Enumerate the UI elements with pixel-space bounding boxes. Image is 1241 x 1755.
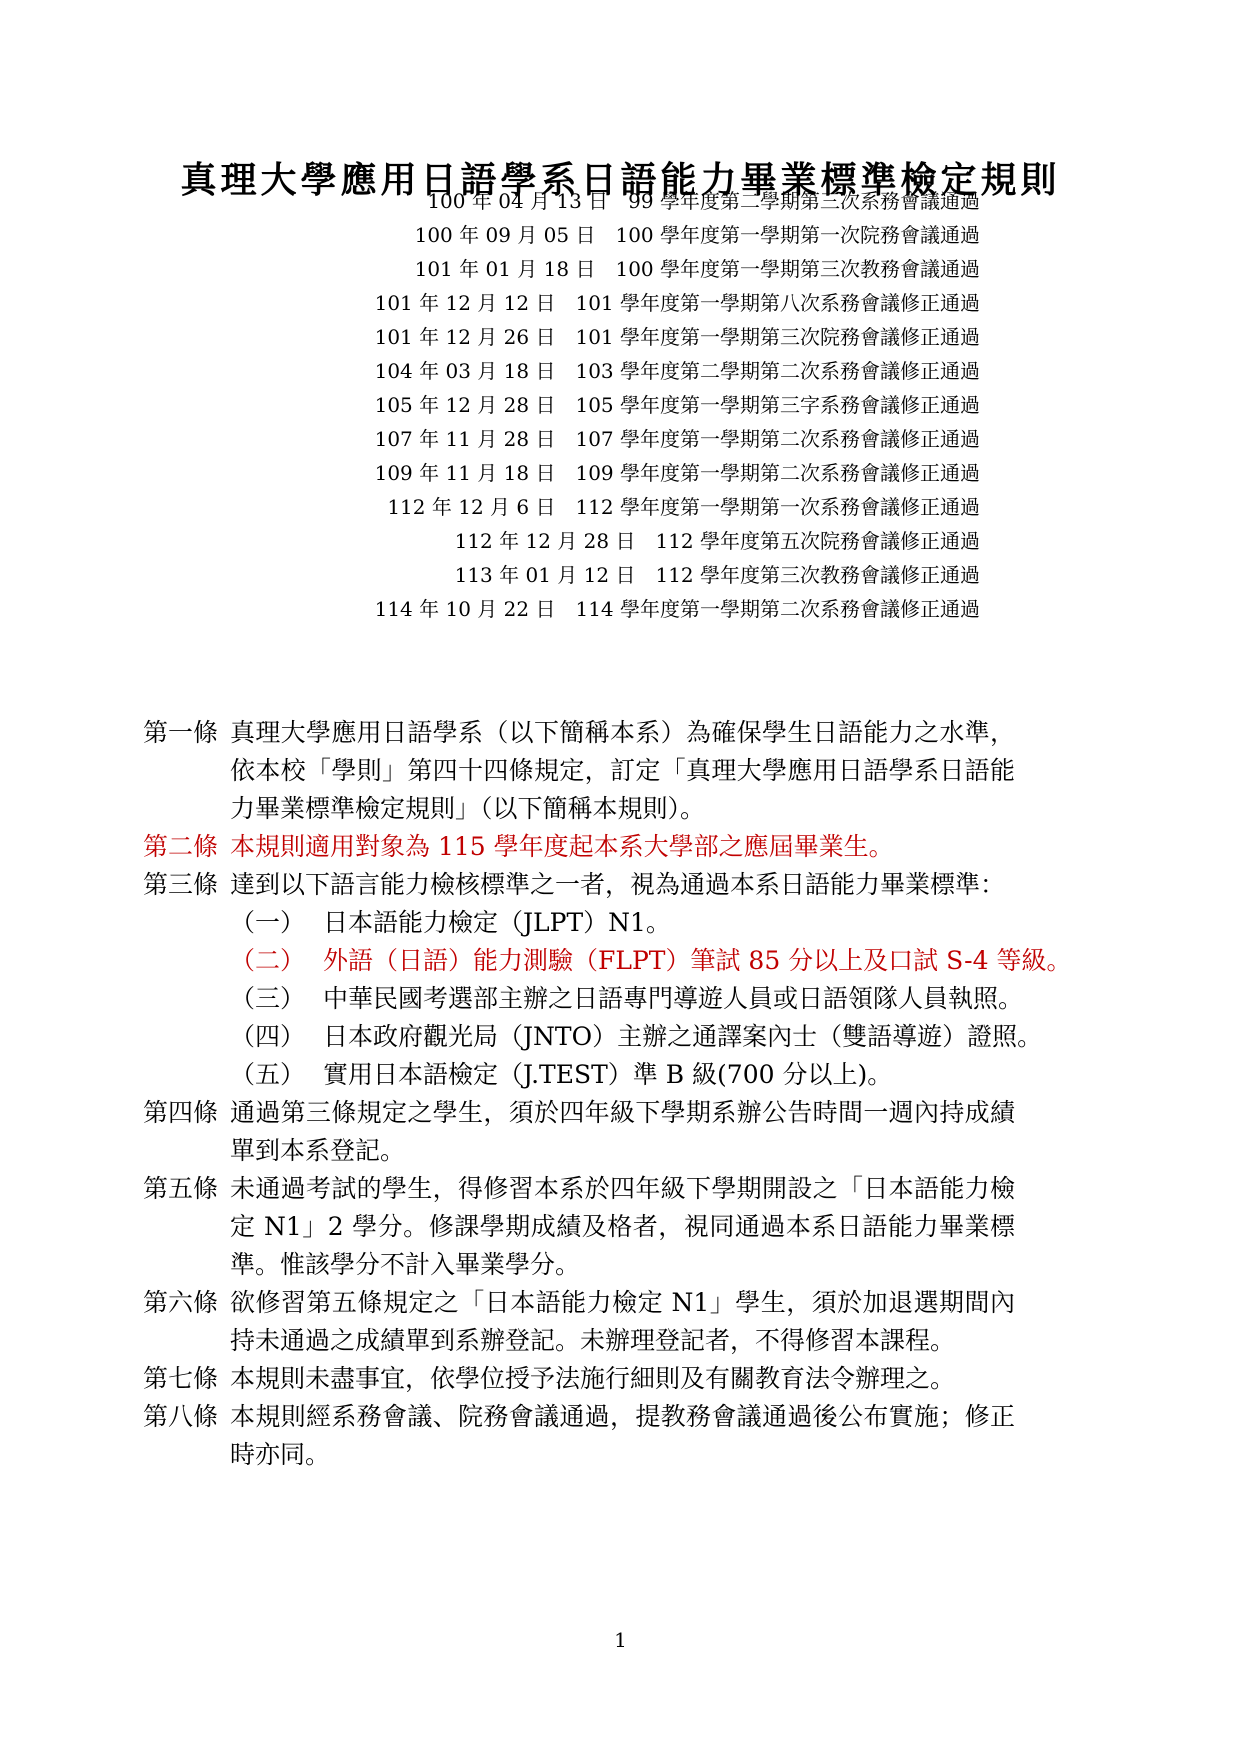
article-label: 第七條 — [143, 1360, 230, 1398]
revision-history: 100 年 04 月 13 日 99 學年度第二學期第三次系務會議通過 100 … — [375, 184, 980, 626]
revision-line: 112 年 12 月 6 日 112 學年度第一學期第一次系務會議修正通過 — [375, 490, 980, 524]
article-text: 欲修習第五條規定之「日本語能力檢定 N1」學生，須於加退選期間內持未通過之成績單… — [230, 1284, 1015, 1360]
sub-item-label: （五） — [230, 1056, 305, 1094]
revision-line: 101 年 01 月 18 日 100 學年度第一學期第三次教務會議通過 — [375, 252, 980, 286]
article-text: 本規則未盡事宜，依學位授予法施行細則及有關教育法令辦理之。 — [230, 1360, 1015, 1398]
revision-line: 101 年 12 月 26 日 101 學年度第一學期第三次院務會議修正通過 — [375, 320, 980, 354]
sub-item-label: （四） — [230, 1018, 305, 1056]
revision-line: 114 年 10 月 22 日 114 學年度第一學期第二次系務會議修正通過 — [375, 592, 980, 626]
sub-item-4: （四） 日本政府觀光局（JNTO）主辦之通譯案內士（雙語導遊）證照。 — [230, 1018, 1071, 1056]
sub-item-label: （三） — [230, 980, 305, 1018]
revision-line: 113 年 01 月 12 日 112 學年度第三次教務會議修正通過 — [375, 558, 980, 592]
article-label: 第二條 — [143, 828, 230, 866]
articles-body: 第一條 真理大學應用日語學系（以下簡稱本系）為確保學生日語能力之水準，依本校「學… — [143, 714, 1015, 1474]
article-7: 第七條 本規則未盡事宜，依學位授予法施行細則及有關教育法令辦理之。 — [143, 1360, 1015, 1398]
sub-item-2: （二） 外語（日語）能力測驗（FLPT）筆試 85 分以上及口試 S-4 等級。 — [230, 942, 1071, 980]
article-label: 第三條 — [143, 866, 230, 904]
revision-line: 100 年 04 月 13 日 99 學年度第二學期第三次系務會議通過 — [375, 184, 980, 218]
revision-line: 104 年 03 月 18 日 103 學年度第二學期第二次系務會議修正通過 — [375, 354, 980, 388]
article-label: 第四條 — [143, 1094, 230, 1132]
article-label: 第八條 — [143, 1398, 230, 1436]
article-8: 第八條 本規則經系務會議、院務會議通過，提教務會議通過後公布實施；修正時亦同。 — [143, 1398, 1015, 1474]
sub-item-text: 實用日本語檢定（J.TEST）準 B 級(700 分以上)。 — [323, 1056, 892, 1094]
article-text: 達到以下語言能力檢核標準之一者，視為通過本系日語能力畢業標準： — [230, 866, 1071, 904]
article-6: 第六條 欲修習第五條規定之「日本語能力檢定 N1」學生，須於加退選期間內持未通過… — [143, 1284, 1015, 1360]
article-text: 本規則經系務會議、院務會議通過，提教務會議通過後公布實施；修正時亦同。 — [230, 1398, 1015, 1474]
sub-item-5: （五） 實用日本語檢定（J.TEST）準 B 級(700 分以上)。 — [230, 1056, 1071, 1094]
sub-item-text: 中華民國考選部主辦之日語專門導遊人員或日語領隊人員執照。 — [323, 980, 1023, 1018]
article-label: 第六條 — [143, 1284, 230, 1322]
article-text: 本規則適用對象為 115 學年度起本系大學部之應屆畢業生。 — [230, 828, 1015, 866]
revision-line: 112 年 12 月 28 日 112 學年度第五次院務會議修正通過 — [375, 524, 980, 558]
revision-line: 107 年 11 月 28 日 107 學年度第一學期第二次系務會議修正通過 — [375, 422, 980, 456]
revision-line: 109 年 11 月 18 日 109 學年度第一學期第二次系務會議修正通過 — [375, 456, 980, 490]
sub-item-1: （一） 日本語能力檢定（JLPT）N1。 — [230, 904, 1071, 942]
sub-item-text: 日本政府觀光局（JNTO）主辦之通譯案內士（雙語導遊）證照。 — [323, 1018, 1042, 1056]
article-4: 第四條 通過第三條規定之學生，須於四年級下學期系辦公告時間一週內持成績單到本系登… — [143, 1094, 1015, 1170]
document-page: 真理大學應用日語學系日語能力畢業標準檢定規則 100 年 04 月 13 日 9… — [0, 0, 1241, 1755]
article-label: 第一條 — [143, 714, 230, 752]
revision-line: 101 年 12 月 12 日 101 學年度第一學期第八次系務會議修正通過 — [375, 286, 980, 320]
revision-line: 100 年 09 月 05 日 100 學年度第一學期第一次院務會議通過 — [375, 218, 980, 252]
sub-item-label: （一） — [230, 904, 305, 942]
article-1: 第一條 真理大學應用日語學系（以下簡稱本系）為確保學生日語能力之水準，依本校「學… — [143, 714, 1015, 828]
article-label: 第五條 — [143, 1170, 230, 1208]
article-2: 第二條 本規則適用對象為 115 學年度起本系大學部之應屆畢業生。 — [143, 828, 1015, 866]
revision-line: 105 年 12 月 28 日 105 學年度第一學期第三字系務會議修正通過 — [375, 388, 980, 422]
article-text: 真理大學應用日語學系（以下簡稱本系）為確保學生日語能力之水準，依本校「學則」第四… — [230, 714, 1015, 828]
sub-item-text: 外語（日語）能力測驗（FLPT）筆試 85 分以上及口試 S-4 等級。 — [323, 942, 1071, 980]
sub-item-label: （二） — [230, 942, 305, 980]
article-5: 第五條 未通過考試的學生，得修習本系於四年級下學期開設之「日本語能力檢定 N1」… — [143, 1170, 1015, 1284]
sub-item-3: （三） 中華民國考選部主辦之日語專門導遊人員或日語領隊人員執照。 — [230, 980, 1071, 1018]
article-text: 未通過考試的學生，得修習本系於四年級下學期開設之「日本語能力檢定 N1」2 學分… — [230, 1170, 1015, 1284]
article-text: 通過第三條規定之學生，須於四年級下學期系辦公告時間一週內持成績單到本系登記。 — [230, 1094, 1015, 1170]
sub-item-text: 日本語能力檢定（JLPT）N1。 — [323, 904, 671, 942]
article-3: 第三條 達到以下語言能力檢核標準之一者，視為通過本系日語能力畢業標準： （一） … — [143, 866, 1015, 1094]
page-number: 1 — [0, 1628, 1241, 1652]
